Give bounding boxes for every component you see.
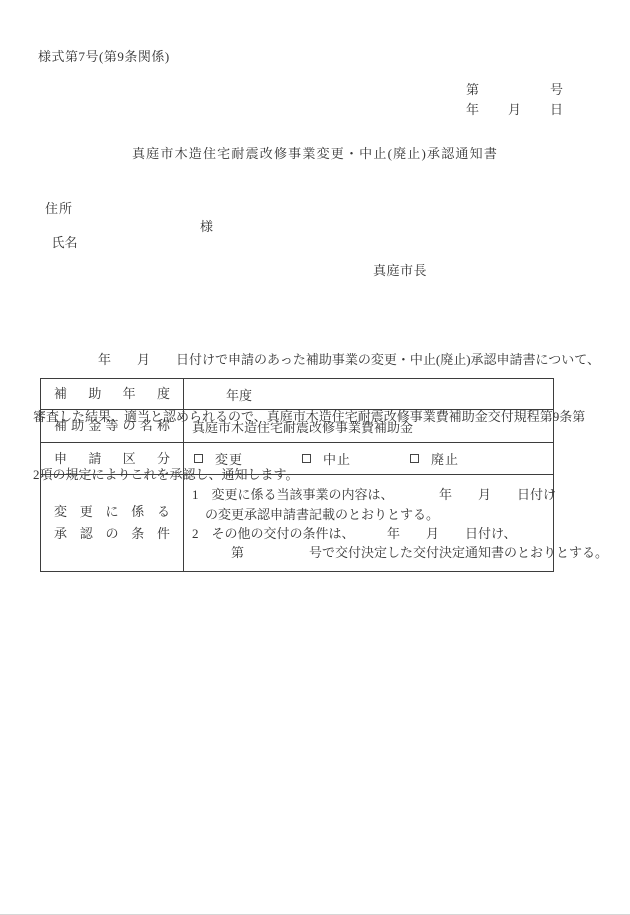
notice-document-page: { "document": { "form_number": "様式第7号(第9… xyxy=(0,0,630,915)
subsidy-name-row: 補助金等の名称 真庭市木造住宅耐震改修事業費補助金 xyxy=(41,410,553,443)
option-change-label: 変更 xyxy=(215,449,243,468)
option-suspend-label: 中止 xyxy=(323,449,351,468)
application-category-label-cell: 申請区分 xyxy=(41,443,184,474)
application-category-row: 申請区分 変更 中止 廃止 xyxy=(41,443,553,475)
date-month-label: 月 xyxy=(508,99,521,118)
recipient-name-label: 氏名 xyxy=(52,235,78,250)
checkbox-suspend-icon xyxy=(302,454,311,463)
option-abolish: 廃止 xyxy=(410,449,459,468)
checkbox-abolish-icon xyxy=(410,454,419,463)
approval-conditions-row: 変更に係る 承認の条件 1 変更に係る当該事業の内容は、 年 月 日付け の変更… xyxy=(41,475,553,571)
option-abolish-label: 廃止 xyxy=(431,449,459,468)
date-day-label: 日 xyxy=(550,99,563,118)
sender-title: 真庭市長 xyxy=(373,260,427,279)
date-line: 年 月 日 xyxy=(466,99,563,118)
subsidy-year-row: 補助年度 年度 xyxy=(41,379,553,410)
subsidy-year-value: 年度 xyxy=(184,379,553,409)
subsidy-name-label-cell: 補助金等の名称 xyxy=(41,410,184,442)
condition-line-1: 1 変更に係る当該事業の内容は、 年 月 日付け xyxy=(192,485,556,504)
date-year-label: 年 xyxy=(466,99,479,118)
approval-conditions-label-line2: 承認の条件 xyxy=(54,523,170,545)
option-suspend: 中止 xyxy=(302,449,351,468)
document-number-prefix: 第 xyxy=(466,79,479,98)
condition-line-2: の変更承認申請書記載のとおりとする。 xyxy=(192,505,439,524)
approval-table: 補助年度 年度 補助金等の名称 真庭市木造住宅耐震改修事業費補助金 申請区分 変… xyxy=(40,378,554,572)
subsidy-year-label: 補助年度 xyxy=(54,383,170,405)
subsidy-year-label-cell: 補助年度 xyxy=(41,379,184,409)
document-number-line: 第 号 xyxy=(466,79,563,98)
recipient-address-label: 住所 xyxy=(45,198,73,217)
form-number: 様式第7号(第9条関係) xyxy=(38,46,170,65)
application-category-label: 申請区分 xyxy=(54,448,170,470)
recipient-name-line: 氏名 様 xyxy=(45,216,345,267)
approval-conditions-label-line1: 変更に係る xyxy=(54,501,170,523)
subsidy-name-label: 補助金等の名称 xyxy=(54,415,170,437)
checkbox-change-icon xyxy=(194,454,203,463)
subsidy-name-value: 真庭市木造住宅耐震改修事業費補助金 xyxy=(184,410,553,442)
document-title: 真庭市木造住宅耐震改修事業変更・中止(廃止)承認通知書 xyxy=(0,143,630,162)
condition-line-3: 2 その他の交付の条件は、 年 月 日付け、 xyxy=(192,524,516,543)
document-number-suffix: 号 xyxy=(550,79,563,98)
body-line-1: 年 月 日付けで申請のあった補助事業の変更・中止(廃止)承認申請書について、 xyxy=(33,350,605,369)
application-category-options: 変更 中止 廃止 xyxy=(184,443,553,474)
condition-line-4: 第 号で交付決定した交付決定通知書のとおりとする。 xyxy=(192,543,608,562)
option-change: 変更 xyxy=(194,449,243,468)
recipient-honorific: 様 xyxy=(200,216,213,235)
approval-conditions-content: 1 変更に係る当該事業の内容は、 年 月 日付け の変更承認申請書記載のとおりと… xyxy=(184,475,616,571)
approval-conditions-label-cell: 変更に係る 承認の条件 xyxy=(41,475,184,571)
